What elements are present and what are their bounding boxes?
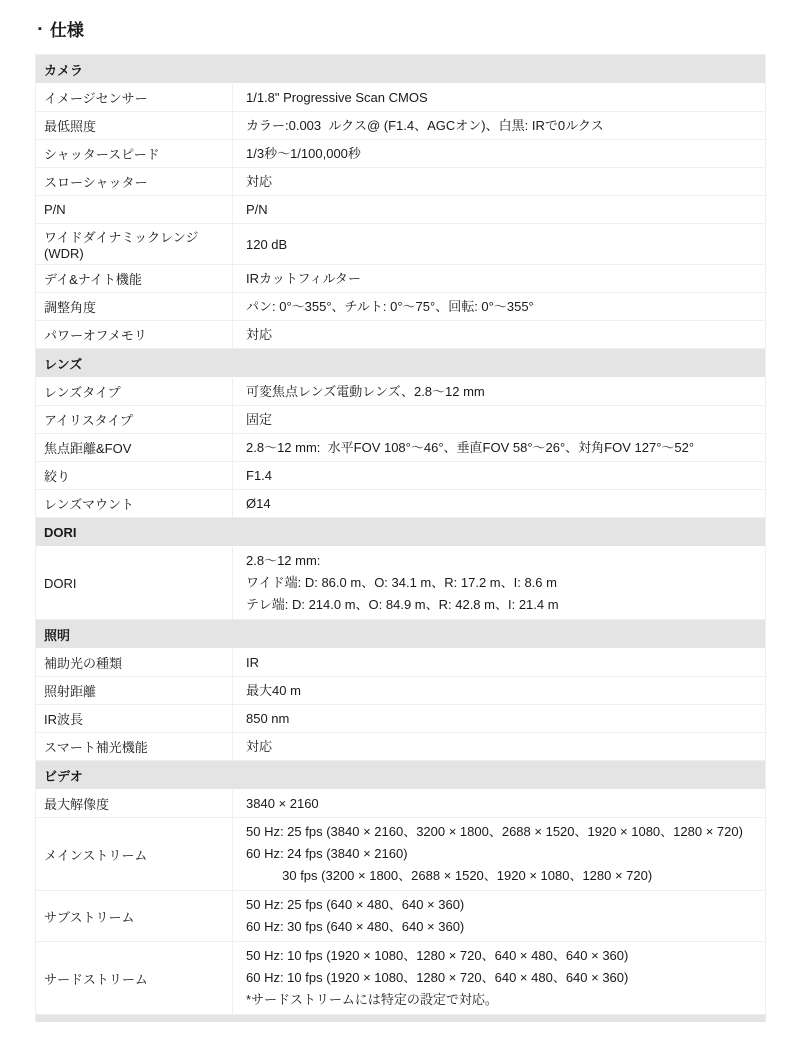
spec-row: 最大解像度 3840 × 2160 xyxy=(36,790,765,818)
spec-value-line: テレ端: D: 214.0 m、O: 84.9 m、R: 42.8 m、I: 2… xyxy=(246,594,757,616)
spec-row: デイ&ナイト機能 IRカットフィルター xyxy=(36,265,765,293)
spec-label: レンズタイプ xyxy=(36,378,233,405)
spec-row: スマート補光機能 対応 xyxy=(36,733,765,761)
spec-label: サブストリーム xyxy=(36,891,233,941)
spec-row: レンズマウント Ø14 xyxy=(36,490,765,518)
spec-label: サードストリーム xyxy=(36,942,233,1014)
spec-value-line: 固定 xyxy=(246,409,757,430)
spec-value: 50 Hz: 10 fps (1920 × 1080、1280 × 720、64… xyxy=(233,942,765,1014)
spec-label: デイ&ナイト機能 xyxy=(36,265,233,292)
spec-value-line: 3840 × 2160 xyxy=(246,793,757,814)
spec-value: 50 Hz: 25 fps (3840 × 2160、3200 × 1800、2… xyxy=(233,818,765,890)
spec-value-line: 60 Hz: 24 fps (3840 × 2160) xyxy=(246,843,757,865)
spec-row: 焦点距離&FOV 2.8～12 mm: 水平FOV 108°～46°、垂直FOV… xyxy=(36,434,765,462)
spec-value: 対応 xyxy=(233,168,765,195)
spec-value-line: 850 nm xyxy=(246,708,757,729)
spec-value: IRカットフィルター xyxy=(233,265,765,292)
spec-value-line: パン: 0°～355°、チルト: 0°～75°、回転: 0°～355° xyxy=(246,296,757,317)
spec-row: サードストリーム 50 Hz: 10 fps (1920 × 1080、1280… xyxy=(36,942,765,1015)
spec-row: 最低照度 カラー:0.003 ルクス@ (F1.4、AGCオン)、白黒: IRで… xyxy=(36,112,765,140)
spec-value-line: 30 fps (3200 × 1800、2688 × 1520、1920 × 1… xyxy=(246,865,757,887)
page-title-text: 仕様 xyxy=(50,16,84,41)
spec-label: 焦点距離&FOV xyxy=(36,434,233,461)
page-title: ▪ 仕様 xyxy=(38,16,767,41)
spec-label: P/N xyxy=(36,196,233,223)
spec-value-line: 最大40 m xyxy=(246,680,757,701)
spec-value-line: 対応 xyxy=(246,324,757,345)
spec-row: IR波長 850 nm xyxy=(36,705,765,733)
spec-row: ワイドダイナミックレンジ(WDR) 120 dB xyxy=(36,224,765,265)
spec-value: 最大40 m xyxy=(233,677,765,704)
spec-label: IR波長 xyxy=(36,705,233,732)
spec-label: 最低照度 xyxy=(36,112,233,139)
spec-value: Ø14 xyxy=(233,490,765,517)
spec-value: F1.4 xyxy=(233,462,765,489)
spec-value-line: 1/1.8" Progressive Scan CMOS xyxy=(246,87,757,108)
spec-label: シャッタースピード xyxy=(36,140,233,167)
spec-value: カラー:0.003 ルクス@ (F1.4、AGCオン)、白黒: IRで0ルクス xyxy=(233,112,765,139)
spec-value-line: ワイド端: D: 86.0 m、O: 34.1 m、R: 17.2 m、I: 8… xyxy=(246,572,757,594)
spec-row: DORI 2.8～12 mm:ワイド端: D: 86.0 m、O: 34.1 m… xyxy=(36,547,765,620)
section-header: レンズ xyxy=(36,349,765,378)
spec-value-line: F1.4 xyxy=(246,465,757,486)
spec-value-line: IR xyxy=(246,652,757,673)
spec-row: アイリスタイプ 固定 xyxy=(36,406,765,434)
spec-value-line: 1/3秒～1/100,000秒 xyxy=(246,143,757,164)
spec-row: 照射距離 最大40 m xyxy=(36,677,765,705)
spec-label: ワイドダイナミックレンジ(WDR) xyxy=(36,224,233,264)
spec-value: 50 Hz: 25 fps (640 × 480、640 × 360)60 Hz… xyxy=(233,891,765,941)
spec-value-line: 50 Hz: 25 fps (3840 × 2160、3200 × 1800、2… xyxy=(246,821,757,843)
spec-value-line: 2.8～12 mm: 水平FOV 108°～46°、垂直FOV 58°～26°、… xyxy=(246,437,757,458)
spec-row: レンズタイプ 可変焦点レンズ電動レンズ、2.8～12 mm xyxy=(36,378,765,406)
spec-row: サブストリーム 50 Hz: 25 fps (640 × 480、640 × 3… xyxy=(36,891,765,942)
spec-label: メインストリーム xyxy=(36,818,233,890)
spec-value: パン: 0°～355°、チルト: 0°～75°、回転: 0°～355° xyxy=(233,293,765,320)
spec-value: IR xyxy=(233,649,765,676)
section-header: カメラ xyxy=(36,55,765,84)
spec-value-line: 対応 xyxy=(246,736,757,757)
section-header: DORI xyxy=(36,518,765,547)
spec-value: 2.8～12 mm: 水平FOV 108°～46°、垂直FOV 58°～26°、… xyxy=(233,434,765,461)
spec-value: 2.8～12 mm:ワイド端: D: 86.0 m、O: 34.1 m、R: 1… xyxy=(233,547,765,619)
spec-label: レンズマウント xyxy=(36,490,233,517)
spec-label: DORI xyxy=(36,547,233,619)
spec-label: 絞り xyxy=(36,462,233,489)
spec-value: 120 dB xyxy=(233,224,765,264)
spec-value: P/N xyxy=(233,196,765,223)
spec-row: シャッタースピード 1/3秒～1/100,000秒 xyxy=(36,140,765,168)
spec-label: 最大解像度 xyxy=(36,790,233,817)
spec-row: スローシャッター 対応 xyxy=(36,168,765,196)
bullet-icon: ▪ xyxy=(38,24,42,35)
spec-value-line: IRカットフィルター xyxy=(246,268,757,289)
spec-value-line: 120 dB xyxy=(246,234,757,255)
spec-value: 対応 xyxy=(233,321,765,348)
spec-value: 固定 xyxy=(233,406,765,433)
spec-value-line: 60 Hz: 10 fps (1920 × 1080、1280 × 720、64… xyxy=(246,967,757,989)
partial-section-header xyxy=(36,1015,765,1022)
spec-label: イメージセンサー xyxy=(36,84,233,111)
section-header: 照明 xyxy=(36,620,765,649)
spec-value-line: 2.8～12 mm: xyxy=(246,550,757,572)
spec-row: 絞り F1.4 xyxy=(36,462,765,490)
spec-value: 1/3秒～1/100,000秒 xyxy=(233,140,765,167)
spec-value-line: カラー:0.003 ルクス@ (F1.4、AGCオン)、白黒: IRで0ルクス xyxy=(246,115,757,136)
spec-label: 照射距離 xyxy=(36,677,233,704)
spec-label: 補助光の種類 xyxy=(36,649,233,676)
spec-value-line: 60 Hz: 30 fps (640 × 480、640 × 360) xyxy=(246,916,757,938)
spec-label: パワーオフメモリ xyxy=(36,321,233,348)
spec-row: パワーオフメモリ 対応 xyxy=(36,321,765,349)
spec-label: スローシャッター xyxy=(36,168,233,195)
section-header: ビデオ xyxy=(36,761,765,790)
spec-value: 850 nm xyxy=(233,705,765,732)
spec-value-line: 対応 xyxy=(246,171,757,192)
spec-row: メインストリーム 50 Hz: 25 fps (3840 × 2160、3200… xyxy=(36,818,765,891)
spec-value-line: 50 Hz: 10 fps (1920 × 1080、1280 × 720、64… xyxy=(246,945,757,967)
spec-value-line: *サードストリームには特定の設定で対応。 xyxy=(246,989,757,1011)
spec-label: アイリスタイプ xyxy=(36,406,233,433)
spec-row: イメージセンサー 1/1.8" Progressive Scan CMOS xyxy=(36,84,765,112)
spec-value-line: Ø14 xyxy=(246,493,757,514)
spec-value: 1/1.8" Progressive Scan CMOS xyxy=(233,84,765,111)
spec-row: P/N P/N xyxy=(36,196,765,224)
spec-label: スマート補光機能 xyxy=(36,733,233,760)
spec-value-line: P/N xyxy=(246,199,757,220)
spec-value-line: 可変焦点レンズ電動レンズ、2.8～12 mm xyxy=(246,381,757,402)
spec-value: 可変焦点レンズ電動レンズ、2.8～12 mm xyxy=(233,378,765,405)
spec-label: 調整角度 xyxy=(36,293,233,320)
spec-value: 対応 xyxy=(233,733,765,760)
spec-value: 3840 × 2160 xyxy=(233,790,765,817)
spec-page: ▪ 仕様 カメラ イメージセンサー 1/1.8" Progressive Sca… xyxy=(0,0,800,1022)
spec-table: カメラ イメージセンサー 1/1.8" Progressive Scan CMO… xyxy=(35,54,766,1022)
spec-row: 補助光の種類 IR xyxy=(36,649,765,677)
spec-row: 調整角度 パン: 0°～355°、チルト: 0°～75°、回転: 0°～355° xyxy=(36,293,765,321)
spec-value-line: 50 Hz: 25 fps (640 × 480、640 × 360) xyxy=(246,894,757,916)
